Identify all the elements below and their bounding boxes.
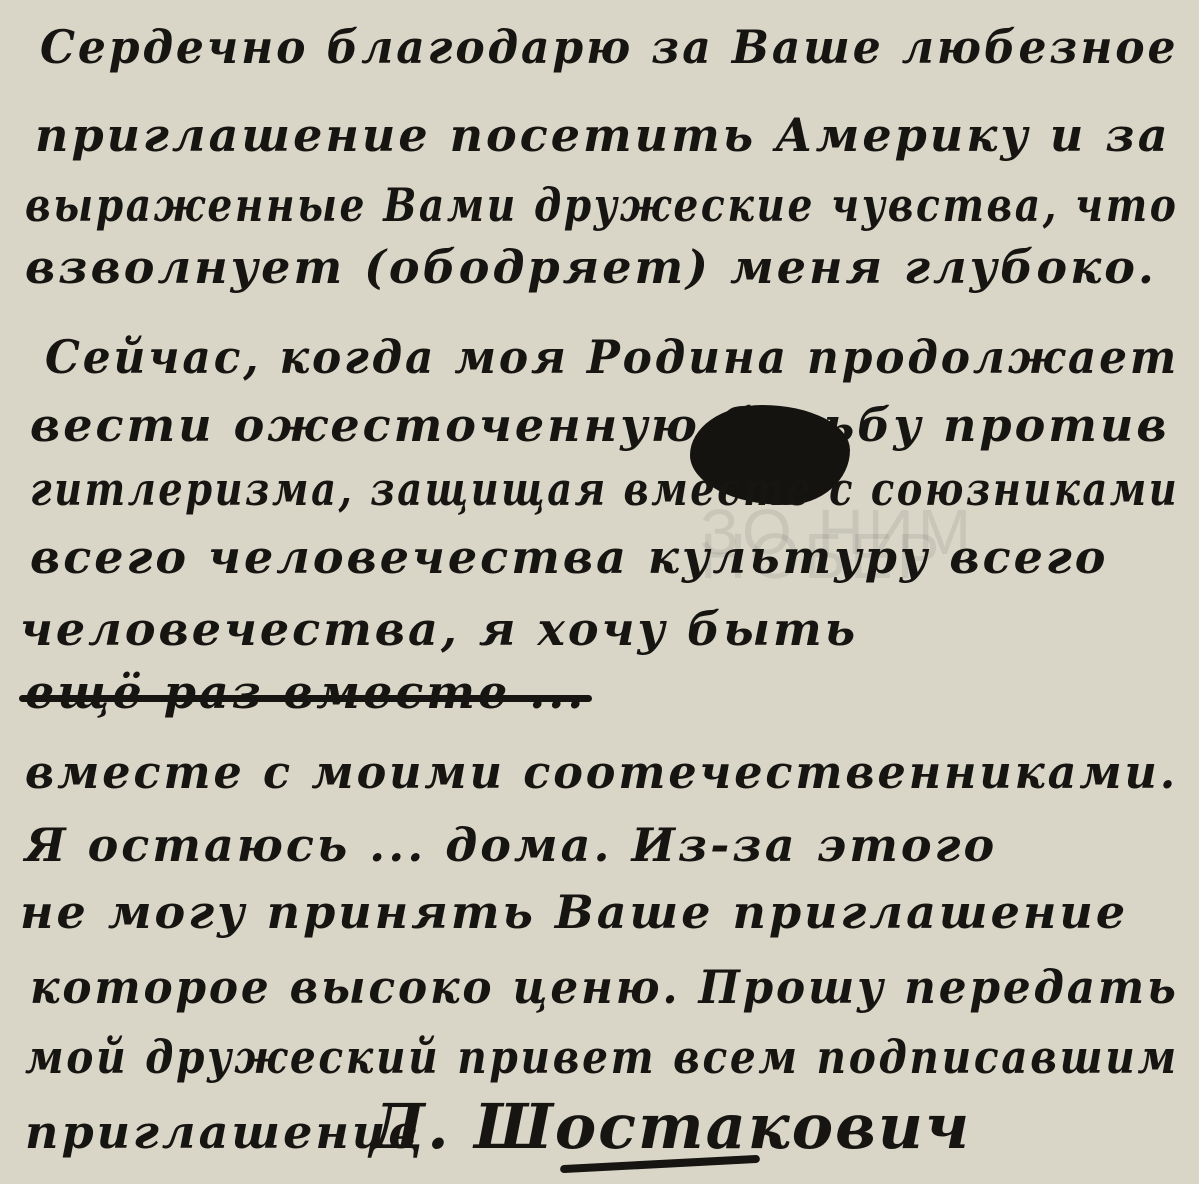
- letter-line-8: всего человечества культуру всего: [30, 530, 1108, 584]
- letter-line-6: вести ожесточенную борьбу против: [30, 398, 1170, 452]
- letter-line-14: которое высоко ценю. Прошу передать: [30, 960, 1179, 1014]
- handwritten-letter: Сердечно благодарю за Ваше любезное приг…: [0, 0, 1199, 1184]
- letter-line-5: Сейчас, когда моя Родина продолжает: [45, 330, 1179, 384]
- letter-line-13: не могу принять Ваше приглашение: [20, 885, 1128, 939]
- letter-line-1: Сердечно благодарю за Ваше любезное: [40, 20, 1178, 74]
- letter-line-7: гитлеризма, защищая вместе с союзниками: [30, 462, 1179, 516]
- letter-line-16: приглашение: [25, 1105, 421, 1159]
- signature: Д. Шостакович: [370, 1090, 971, 1163]
- letter-line-3: выраженные Вами дружеские чувства, что: [25, 178, 1178, 232]
- letter-line-11: вместе с моими соотечественниками.: [25, 745, 1178, 799]
- letter-line-4: взволнует (ободряет) меня глубоко.: [25, 240, 1157, 294]
- letter-line-9: человечества, я хочу быть: [20, 602, 858, 656]
- struck-text: ещё раз вместе ...: [25, 665, 586, 719]
- letter-line-2: приглашение посетить Америку и за: [35, 108, 1171, 162]
- letter-line-15: мой дружеский привет всем подписавшим: [25, 1030, 1179, 1084]
- letter-line-12: Я остаюсь ... дома. Из-за этого: [25, 818, 997, 872]
- letter-line-10: ещё раз вместе ...: [25, 665, 586, 719]
